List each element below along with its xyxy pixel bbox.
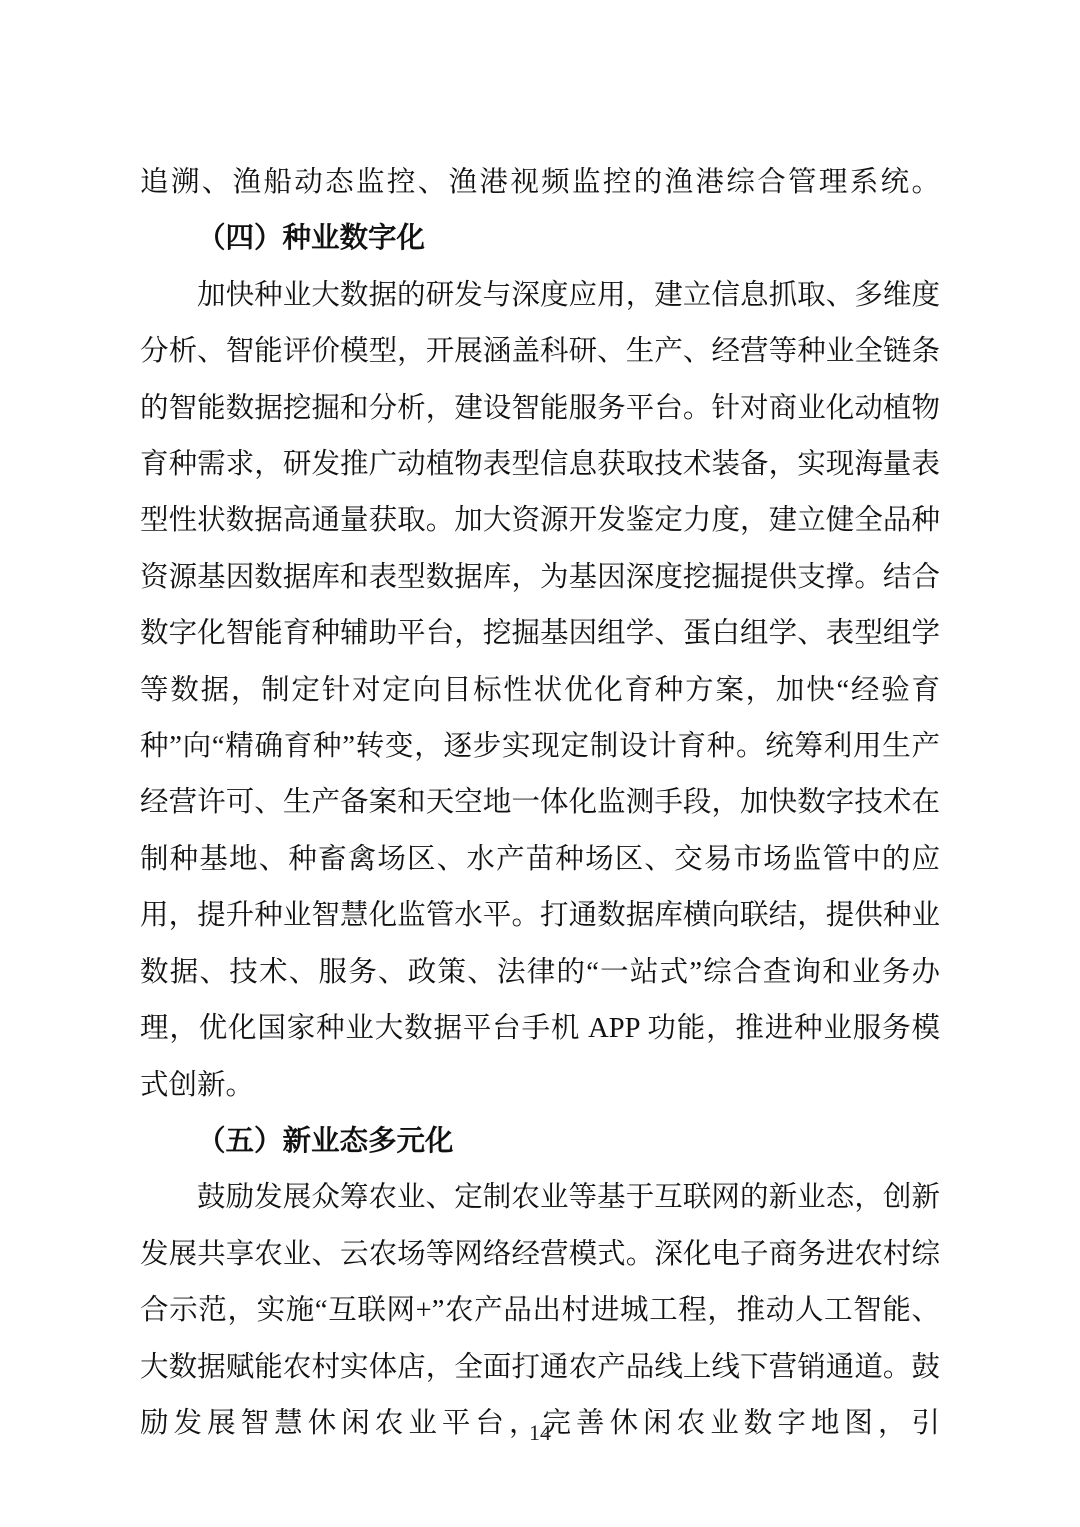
paragraph-section-5: 鼓励发展众筹农业、定制农业等基于互联网的新业态，创新发展共享农业、云农场等网络经… (140, 1170, 940, 1452)
page-number: 14 (0, 1420, 1080, 1446)
section-heading-4: （四）种业数字化 (140, 211, 940, 267)
section-heading-5: （五）新业态多元化 (140, 1114, 940, 1170)
document-page: 追溯、渔船动态监控、渔港视频监控的渔港综合管理系统。 （四）种业数字化 加快种业… (0, 0, 1080, 1527)
paragraph-continuation: 追溯、渔船动态监控、渔港视频监控的渔港综合管理系统。 (140, 155, 940, 211)
document-body: 追溯、渔船动态监控、渔港视频监控的渔港综合管理系统。 （四）种业数字化 加快种业… (140, 155, 940, 1452)
paragraph-section-4: 加快种业大数据的研发与深度应用，建立信息抓取、多维度分析、智能评价模型，开展涵盖… (140, 268, 940, 1114)
